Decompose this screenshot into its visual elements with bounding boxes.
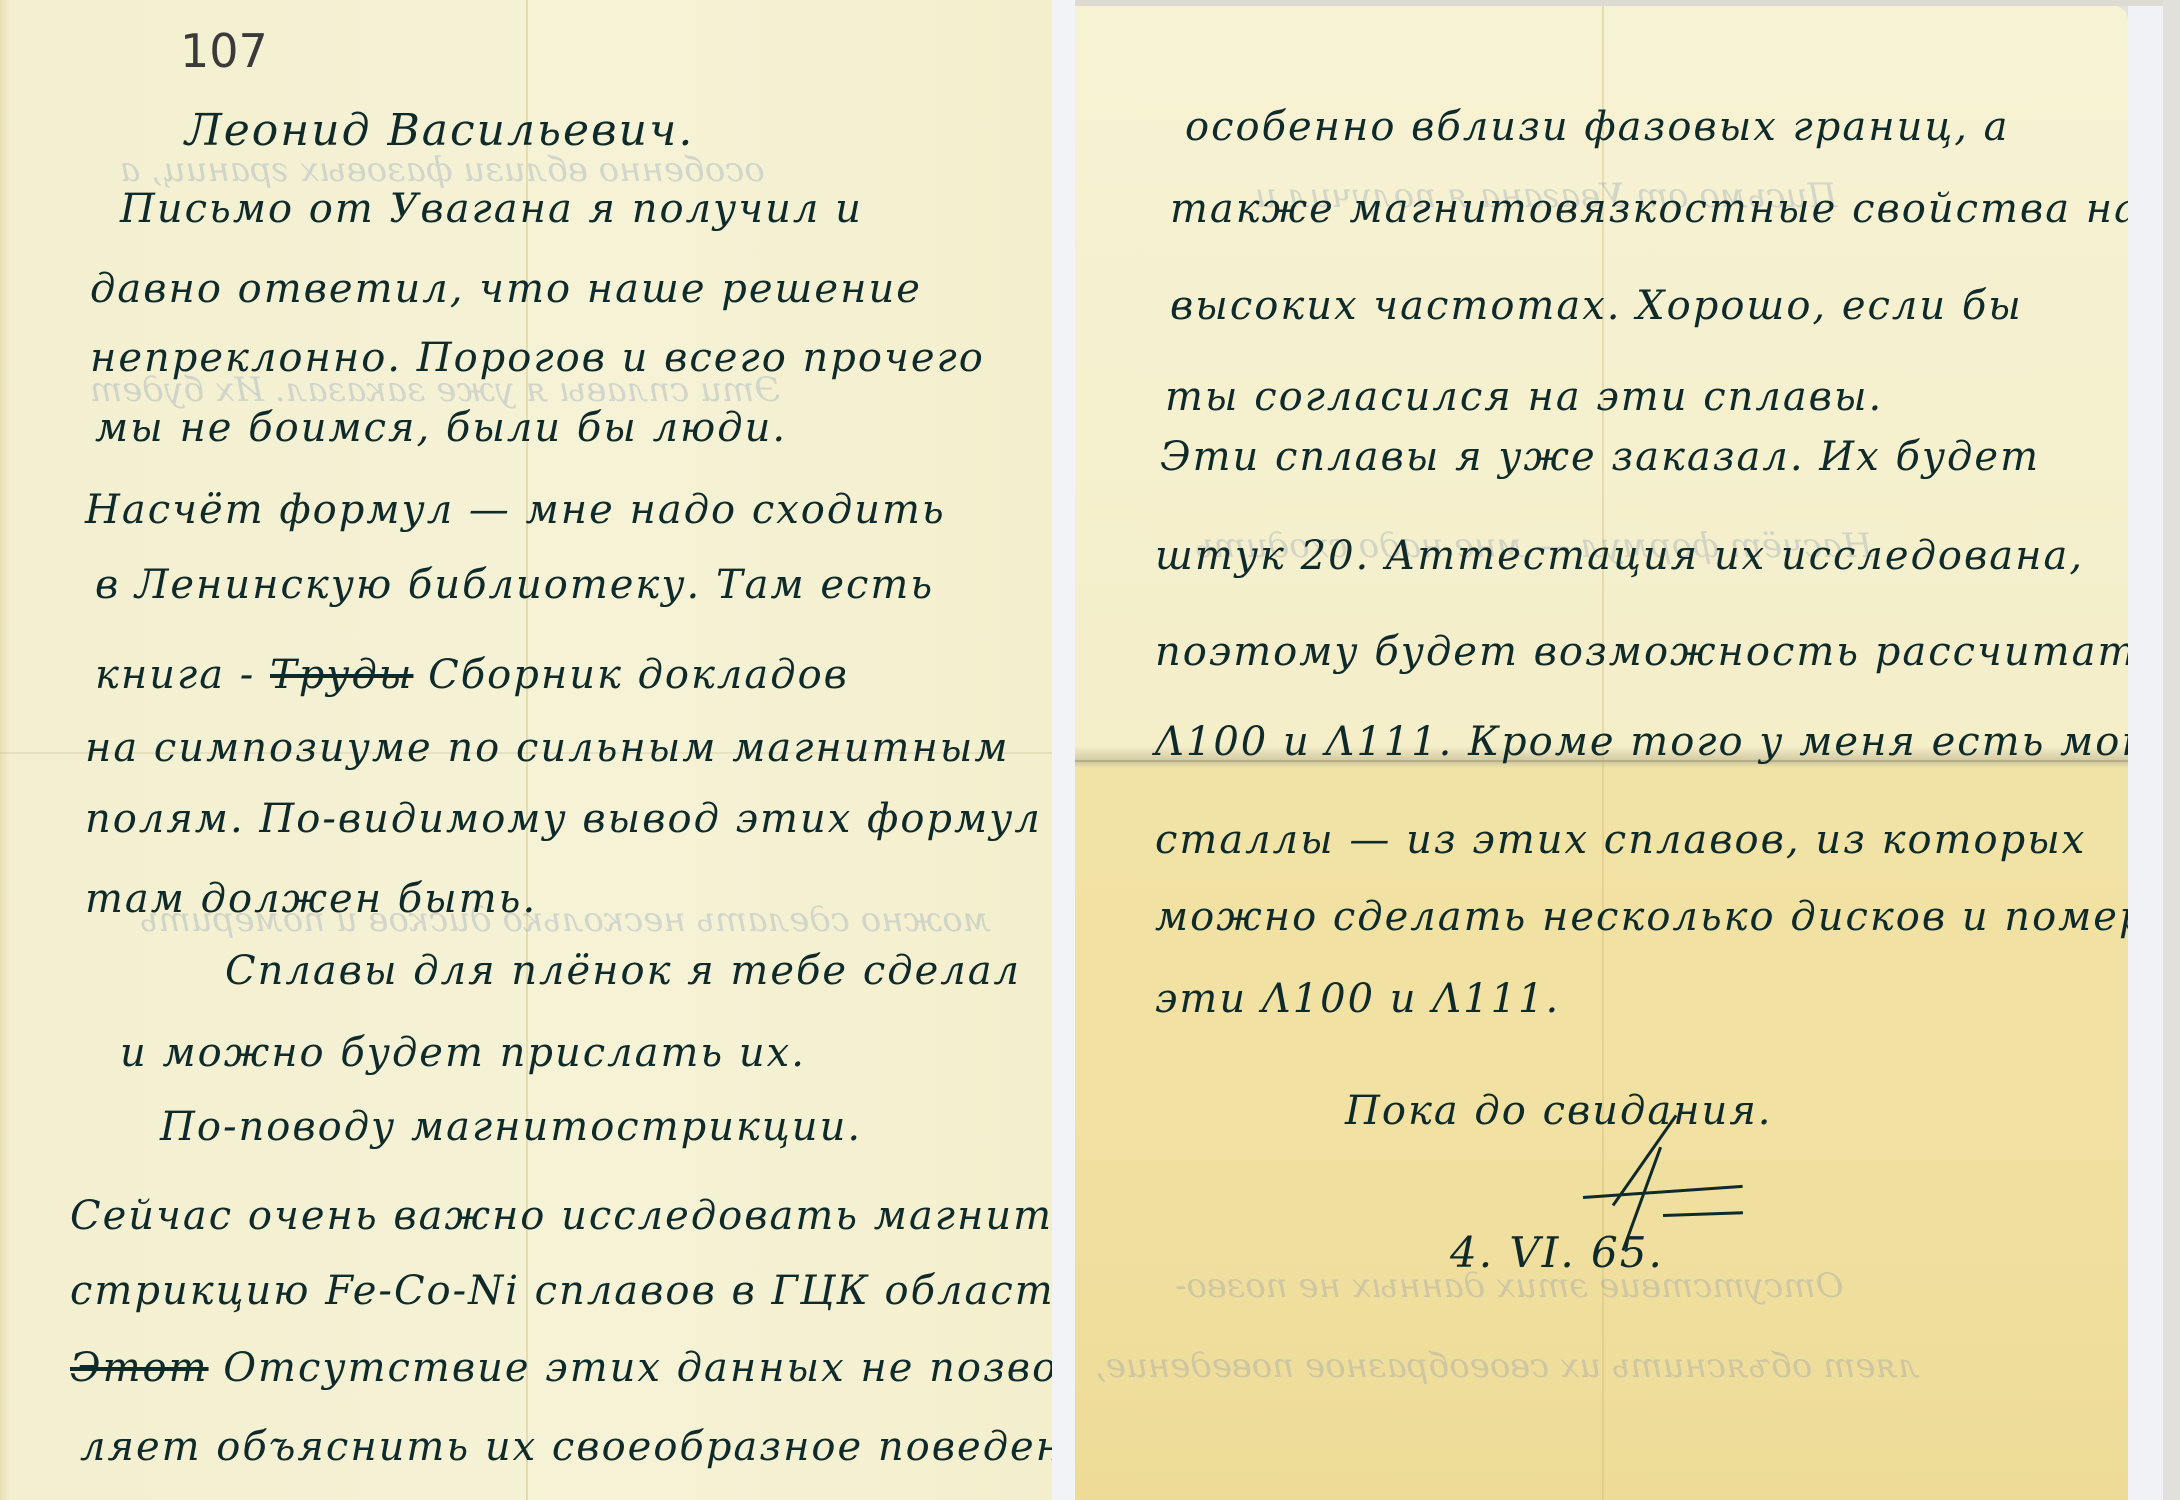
struck-word: Труды xyxy=(270,652,413,698)
letter-line: Λ100 и Λ111. Кроме того у меня есть моно… xyxy=(1155,719,2128,765)
letter-line: поэтому будет возможность рассчитать xyxy=(1155,629,2128,675)
scan-gap xyxy=(1052,0,1075,1500)
letter-line: и можно будет прислать их. xyxy=(120,1030,806,1076)
letter-line: мы не боимся, были бы люди. xyxy=(95,405,787,451)
scan-border-right xyxy=(2163,0,2180,1500)
letter-line: непреклонно. Порогов и всего прочего xyxy=(90,335,985,381)
letter-line: особенно вблизи фазовых границ, а xyxy=(1185,104,2010,150)
letter-line: Этот Отсутствие этих данных не позво- xyxy=(70,1345,1052,1391)
scan-gap xyxy=(2128,6,2163,1500)
line-start: книга - xyxy=(95,652,255,698)
letter-line: стрикцию Fe-Co-Ni сплавов в ГЦК области. xyxy=(70,1268,1052,1314)
letter-line: полям. По-видимому вывод этих формул xyxy=(85,796,1042,842)
salutation: Леонид Васильевич. xyxy=(185,105,694,156)
line-rest: Отсутствие этих данных не позво- xyxy=(223,1345,1052,1391)
letter-line: также магнитовязкостные свойства на xyxy=(1170,186,2128,232)
bleed-through-text: особенно вблизи фазовых границ, а xyxy=(120,150,765,190)
letter-line: Эти сплавы я уже заказал. Их будет xyxy=(1160,434,2040,480)
date: 4. VI. 65. xyxy=(1450,1228,1664,1277)
letter-line: книга - Труды Сборник докладов xyxy=(95,652,849,698)
letter-line: в Ленинскую библиотеку. Там есть xyxy=(95,562,934,608)
letter-line: на симпозиуме по сильным магнитным xyxy=(85,725,1010,771)
letter-line: По-поводу магнитострикции. xyxy=(160,1104,862,1150)
letter-line: Письмо от Увагана я получил и xyxy=(120,186,863,232)
letter-line: штук 20. Аттестация их исследована, xyxy=(1155,533,2084,579)
letter-line: ты согласился на эти сплавы. xyxy=(1165,374,1883,420)
letter-line: Насчёт формул — мне надо сходить xyxy=(85,487,946,533)
letter-line: сталлы — из этих сплавов, из которых xyxy=(1155,817,2086,863)
letter-line: высоких частотах. Хорошо, если бы xyxy=(1170,283,2023,329)
letter-line: Сплавы для плёнок я тебе сделал xyxy=(225,948,1021,994)
letter-line: давно ответил, что наше решение xyxy=(90,266,922,312)
letter-line: ляет объяснить их своеобразное поведение… xyxy=(80,1424,1052,1470)
letter-line: эти Λ100 и Λ111. xyxy=(1155,976,1560,1022)
letter-page-left: особенно вблизи фазовых границ, а Эти сп… xyxy=(0,0,1052,1500)
page-number-mark: 107 xyxy=(180,24,268,78)
line-rest: Сборник докладов xyxy=(428,652,849,698)
closing: Пока до свидания. xyxy=(1345,1088,1773,1134)
letter-line: Сейчас очень важно исследовать магнито- xyxy=(70,1193,1052,1239)
letter-line: можно сделать несколько дисков и померит… xyxy=(1155,894,2128,940)
struck-word: Этот xyxy=(70,1345,209,1391)
letter-line: там должен быть. xyxy=(85,876,537,922)
letter-page-right: Письмо от Увагана я получил и Насчёт фор… xyxy=(1075,6,2128,1500)
bleed-through-text: ляет объяснить их своеобразное поведение… xyxy=(1095,1346,1920,1386)
